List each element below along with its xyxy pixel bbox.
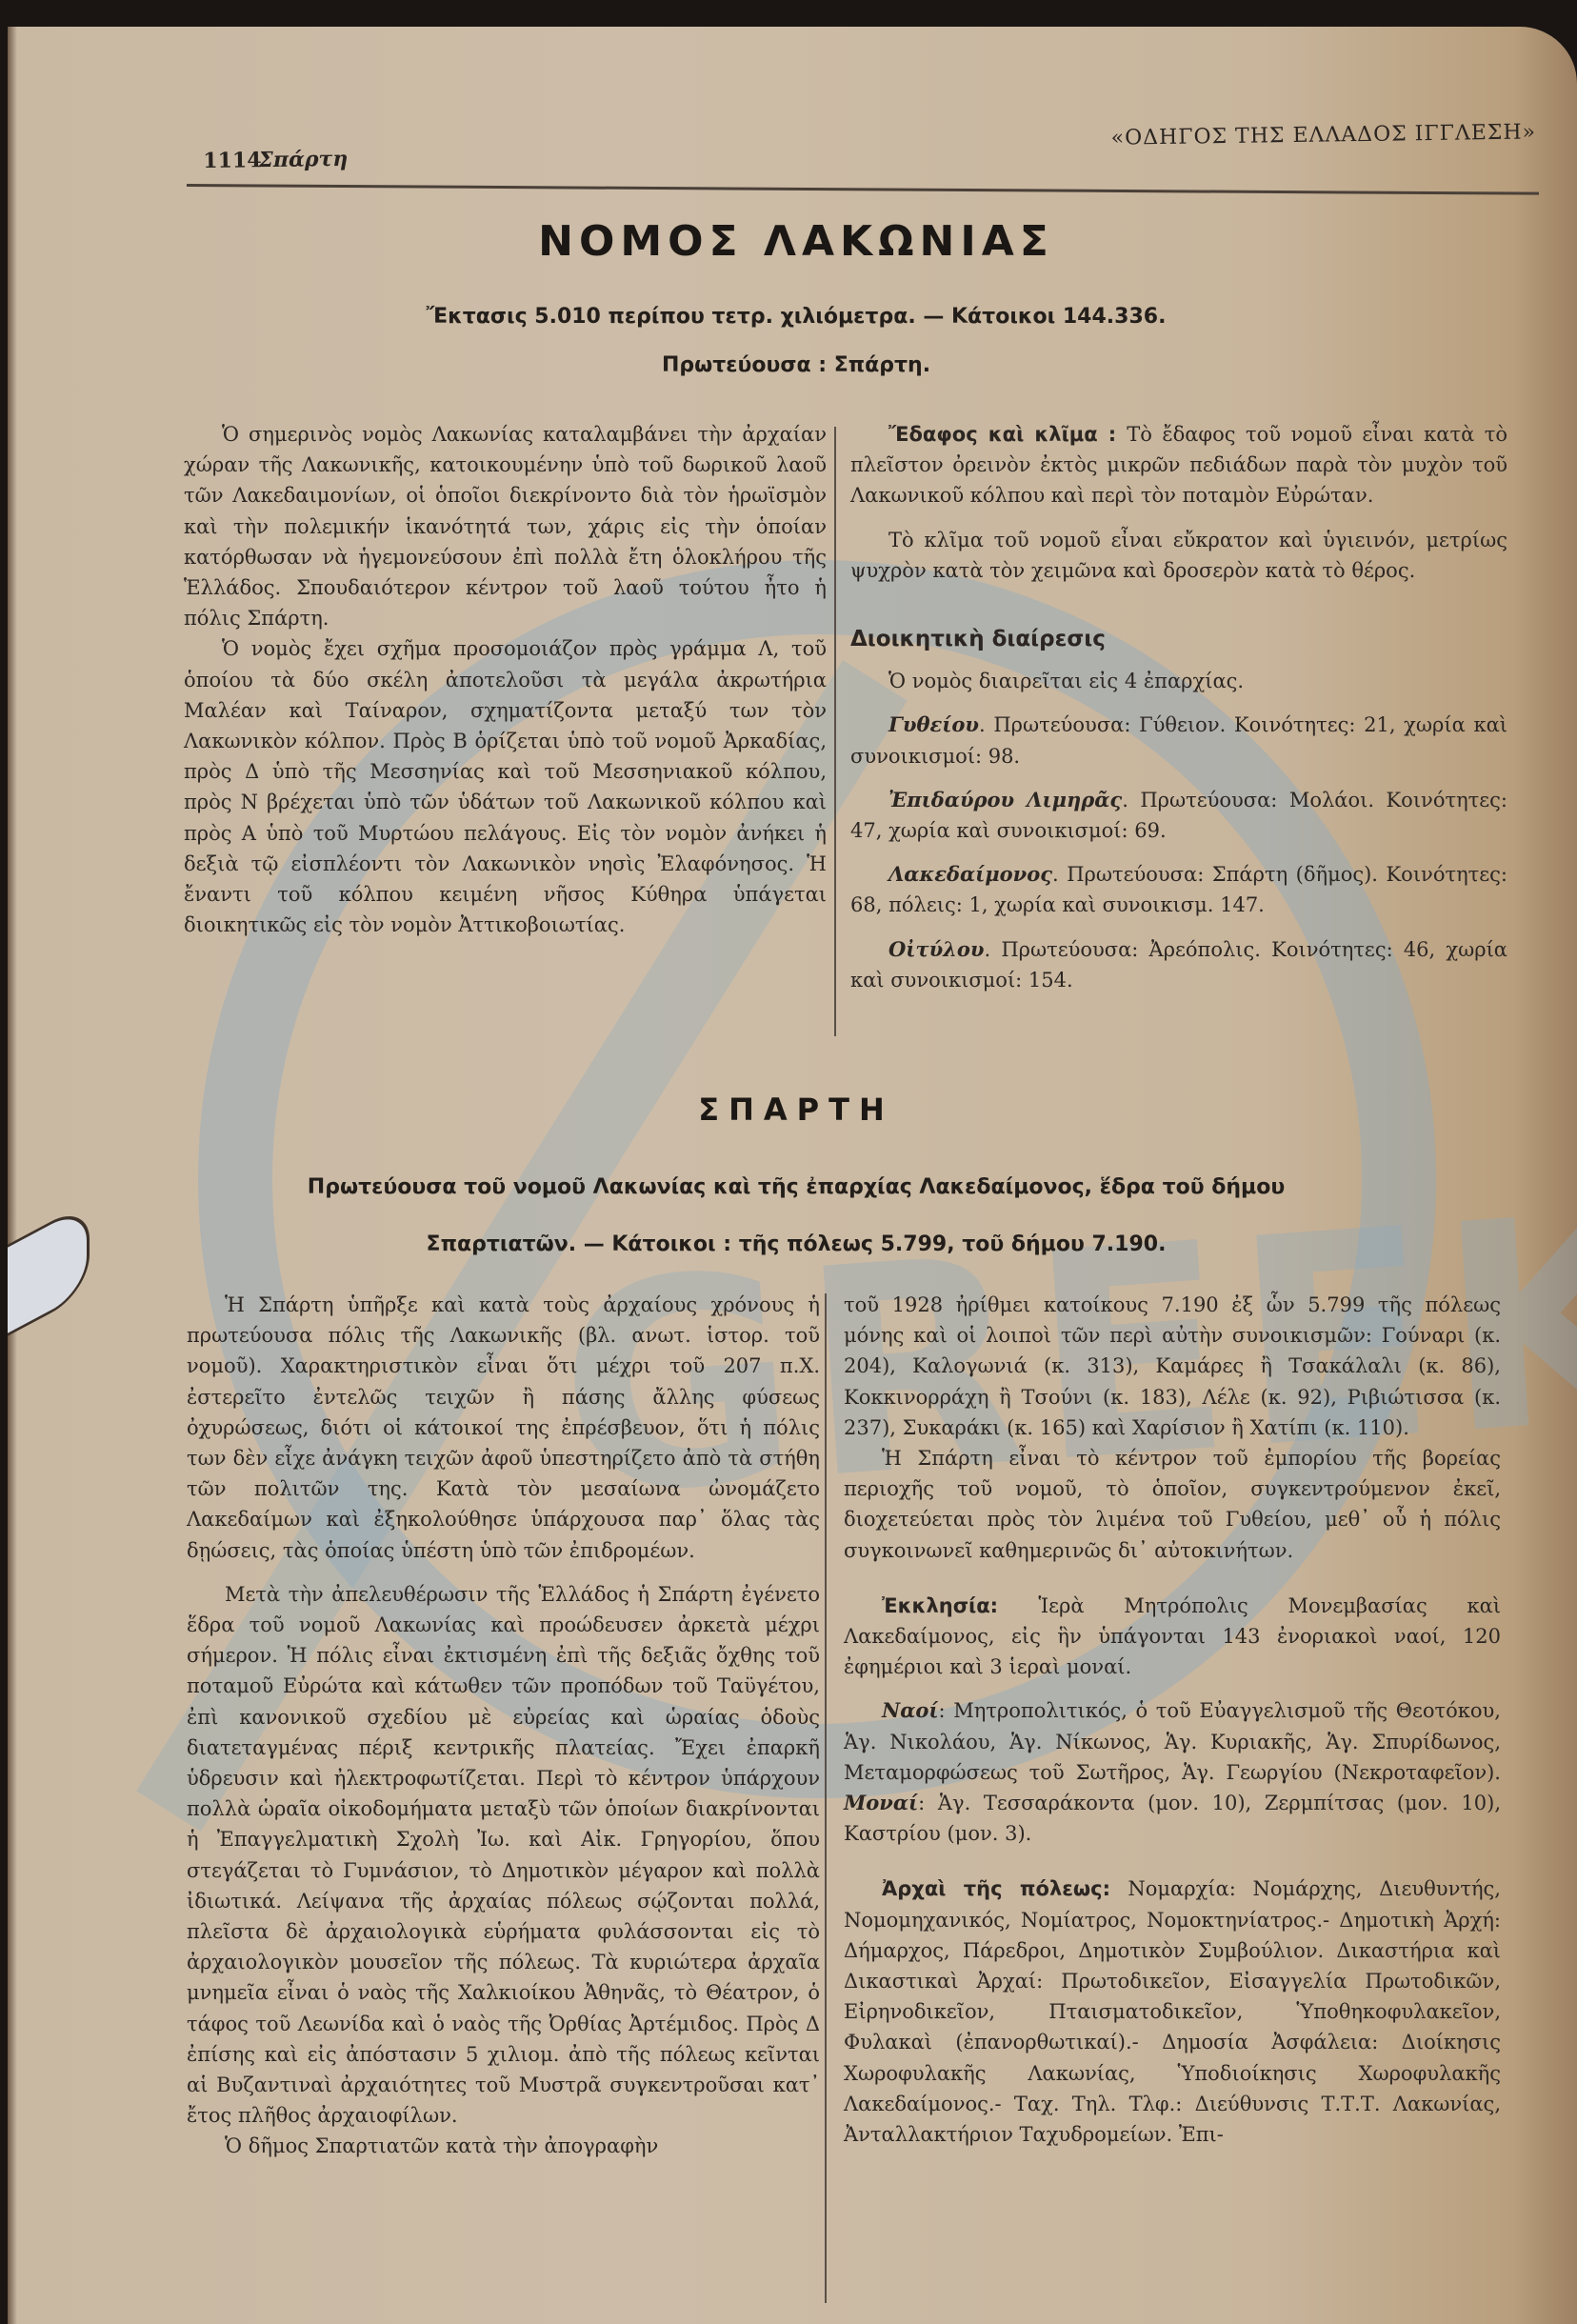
city-title: ΣΠΑΡΤΗ [8,1092,1577,1128]
paragraph: Τὸ κλῖμα τοῦ νομοῦ εἶναι εὔκρατον καὶ ὑγ… [850,525,1507,586]
book-title: «ΟΔΗΓΟΣ ΤΗΣ ΕΛΛΑΔΟΣ ΙΓΓΛΕΣΗ» [1111,120,1537,150]
churches-paragraph: Ναοί: Μητροπολιτικός, ὁ τοῦ Εὐαγγελισμοῦ… [844,1695,1501,1849]
city-left-column: Ἡ Σπάρτη ὑπῆρξε καὶ κατὰ τοὺς ἀρχαίους χ… [187,1290,820,2162]
soil-heading: Ἔδαφος καὶ κλῖμα [888,423,1098,446]
city-right-column: τοῦ 1928 ἠρίθμει κατοίκους 7.190 ἐξ ὧν 5… [844,1290,1501,2150]
admin-heading: Διοικητικὴ διαίρεσις [850,624,1507,654]
paragraph: τοῦ 1928 ἠρίθμει κατοίκους 7.190 ἐξ ὧν 5… [844,1290,1501,1443]
province-item: Οἰτύλου. Πρωτεύουσα: Ἀρεόπολις. Κοινότητ… [850,934,1507,995]
prefecture-right-column: Ἔδαφος καὶ κλῖμα : Τὸ ἔδαφος τοῦ νομοῦ ε… [850,419,1507,995]
province-item: Ἐπιδαύρου Λιμηρᾶς. Πρωτεύουσα: Μολάοι. Κ… [850,785,1507,846]
running-head: 1114 Σπάρτη «ΟΔΗΓΟΣ ΤΗΣ ΕΛΛΑΔΟΣ ΙΓΓΛΕΣΗ» [203,120,1536,177]
prefecture-title: ΝΟΜΟΣ ΛΑΚΩΝΙΑΣ [8,217,1577,266]
column-divider [825,1293,827,2303]
page-number: 1114 [203,148,262,173]
paragraph: Ἔδαφος καὶ κλῖμα : Τὸ ἔδαφος τοῦ νομοῦ ε… [850,419,1507,511]
paragraph: Ὁ δῆμος Σπαρτιατῶν κατὰ τὴν ἀπογραφὴν [187,2131,820,2161]
church-paragraph: Ἐκκλησία: Ἱερὰ Μητρόπολις Μονεμβασίας κα… [844,1591,1501,1683]
paragraph: Ἡ Σπάρτη εἶναι τὸ κέντρον τοῦ ἐμπορίου τ… [844,1443,1501,1566]
prefecture-area-population: Ἔκτασις 5.010 περίπου τετρ. χιλιόμετρα. … [8,305,1577,329]
city-subtitle-line1: Πρωτεύουσα τοῦ νομοῦ Λακωνίας καὶ τῆς ἐπ… [8,1175,1577,1199]
book-page: GREEK 1114 Σπάρτη «ΟΔΗΓΟΣ ΤΗΣ ΕΛΛΑΔΟΣ ΙΓ… [8,27,1577,2324]
paragraph: Ὁ νομὸς ἔχει σχῆμα προσομοιάζον πρὸς γρά… [184,633,827,940]
province-item: Λακεδαίμονος. Πρωτεύουσα: Σπάρτη (δῆμος)… [850,859,1507,920]
prefecture-left-column: Ὁ σημερινὸς νομὸς Λακωνίας καταλαμβάνει … [184,419,827,940]
paragraph: Ὁ νομὸς διαιρεῖται εἰς 4 ἐπαρχίας. [850,666,1507,696]
paragraph: Ἡ Σπάρτη ὑπῆρξε καὶ κατὰ τοὺς ἀρχαίους χ… [187,1290,820,1566]
city-subtitle-line2: Σπαρτιατῶν. — Κάτοικοι : τῆς πόλεως 5.79… [8,1232,1577,1256]
section-name: Σπάρτη [258,147,348,172]
paragraph: Ὁ σημερινὸς νομὸς Λακωνίας καταλαμβάνει … [184,419,827,633]
header-rule [187,184,1539,195]
prefecture-capital: Πρωτεύουσα : Σπάρτη. [8,353,1577,377]
column-divider [834,427,836,1036]
paragraph: Μετὰ τὴν ἀπελευθέρωσιν τῆς Ἑλλάδος ἡ Σπά… [187,1579,820,2132]
province-item: Γυθείου. Πρωτεύουσα: Γύθειον. Κοινότητες… [850,710,1507,771]
authorities-paragraph: Ἀρχαὶ τῆς πόλεως: Νομαρχία: Νομάρχης, Δι… [844,1873,1501,2150]
